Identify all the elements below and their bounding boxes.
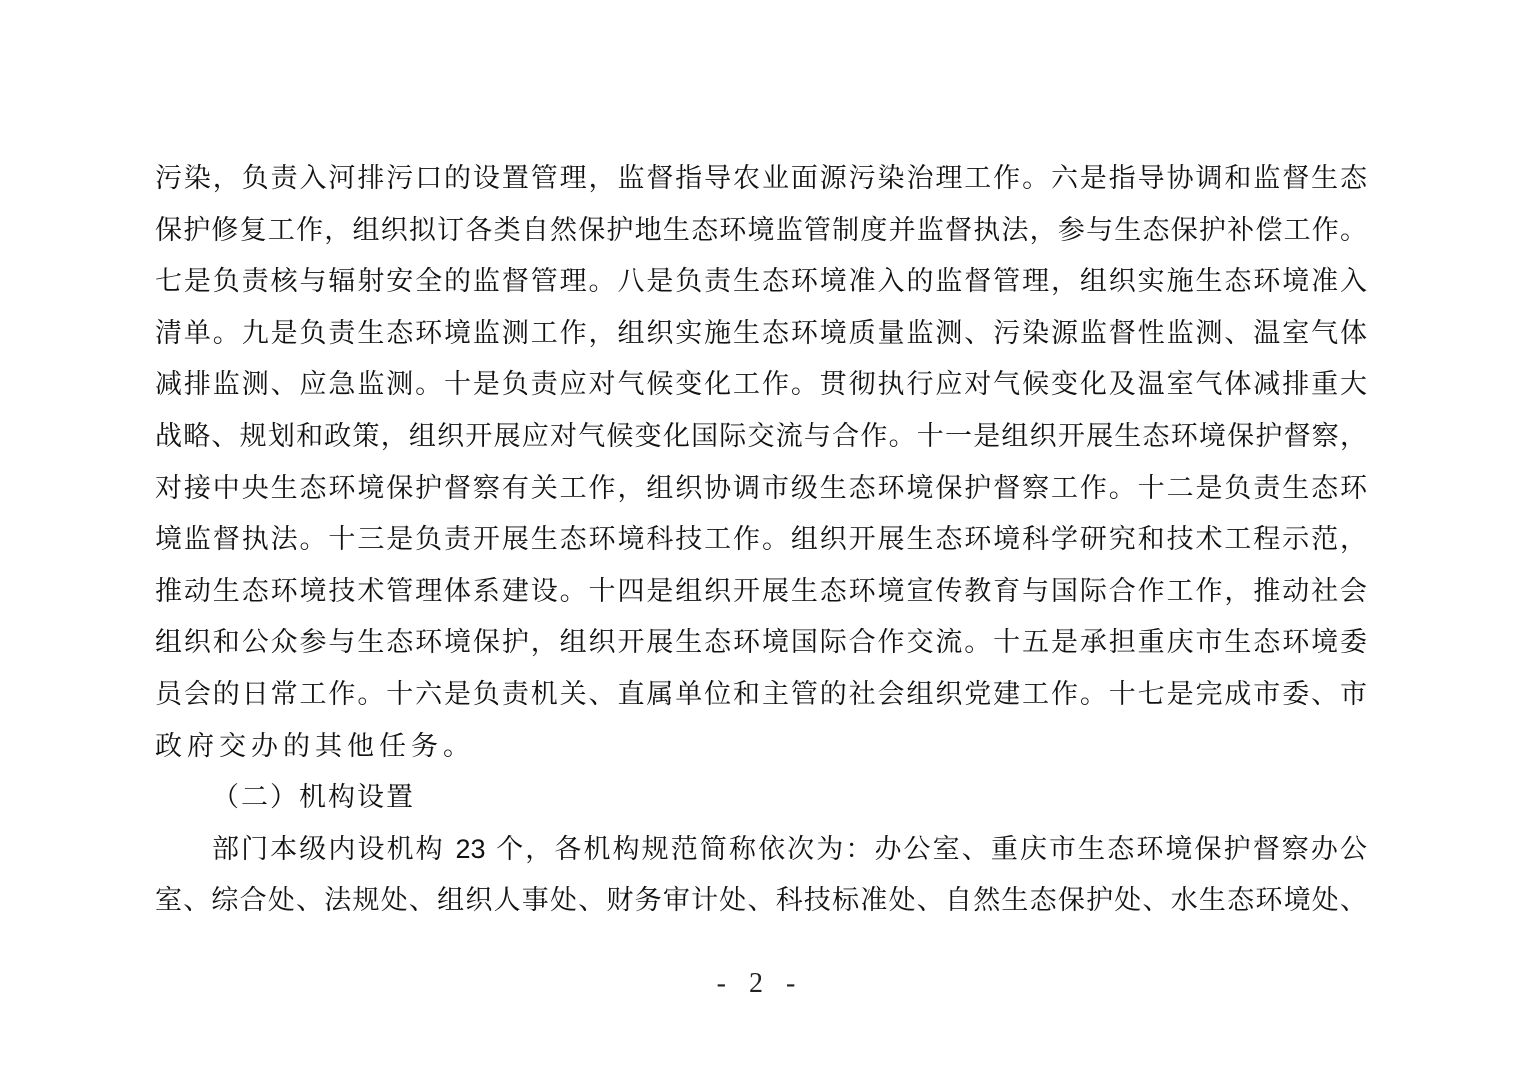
paragraph-line: 清单。九是负责生态环境监测工作，组织实施生态环境质量监测、污染源监督性监测、温室…: [155, 308, 1367, 360]
paragraph-line: 对接中央生态环境保护督察有关工作，组织协调市级生态环境保护督察工作。十二是负责生…: [155, 463, 1367, 515]
section-paragraph-line: 室、综合处、法规处、组织人事处、财务审计处、科技标准处、自然生态保护处、水生态环…: [155, 875, 1367, 927]
paragraph-line: 员会的日常工作。十六是负责机关、直属单位和主管的社会组织党建工作。十七是完成市委…: [155, 669, 1367, 721]
paragraph-line: 七是负责核与辐射安全的监督管理。八是负责生态环境准入的监督管理，组织实施生态环境…: [155, 256, 1367, 308]
paragraph-line: 推动生态环境技术管理体系建设。十四是组织开展生态环境宣传教育与国际合作工作，推动…: [155, 566, 1367, 618]
text-segment: 部门本级内设机构: [212, 834, 445, 865]
document-body: 污染，负责入河排污口的设置管理，监督指导农业面源污染治理工作。六是指导协调和监督…: [155, 153, 1367, 927]
text-segment: 个，各机构规范简称依次为：办公室、重庆市生态环境保护督察办公: [496, 834, 1367, 865]
paragraph-line: 战略、规划和政策，组织开展应对气候变化国际交流与合作。十一是组织开展生态环境保护…: [155, 411, 1367, 463]
paragraph-line: 政府交办的其他任务。: [155, 721, 1367, 773]
paragraph-line: 减排监测、应急监测。十是负责应对气候变化工作。贯彻执行应对气候变化及温室气体减排…: [155, 359, 1367, 411]
document-page: 污染，负责入河排污口的设置管理，监督指导农业面源污染治理工作。六是指导协调和监督…: [0, 0, 1520, 1074]
paragraph-line: 保护修复工作，组织拟订各类自然保护地生态环境监管制度并监督执法，参与生态保护补偿…: [155, 205, 1367, 257]
page-number: - 2 -: [0, 968, 1520, 1000]
institution-count: 23: [455, 834, 485, 864]
paragraph-line: 组织和公众参与生态环境保护，组织开展生态环境国际合作交流。十五是承担重庆市生态环…: [155, 617, 1367, 669]
paragraph-line: 境监督执法。十三是负责开展生态环境科技工作。组织开展生态环境科学研究和技术工程示…: [155, 514, 1367, 566]
paragraph-line: 污染，负责入河排污口的设置管理，监督指导农业面源污染治理工作。六是指导协调和监督…: [155, 153, 1367, 205]
section-paragraph-line: 部门本级内设机构 23 个，各机构规范简称依次为：办公室、重庆市生态环境保护督察…: [155, 824, 1367, 876]
section-heading: （二）机构设置: [155, 772, 1367, 824]
